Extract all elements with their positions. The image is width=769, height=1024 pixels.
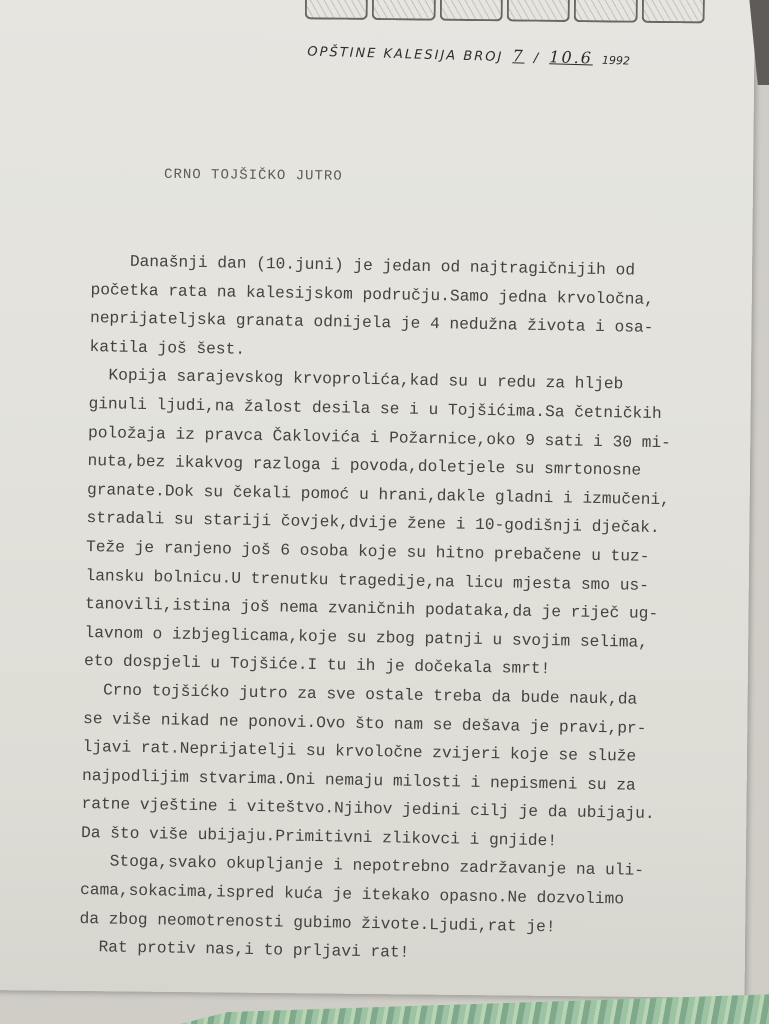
document-title: CRNO TOJŠIČKO JUTRO <box>164 167 343 185</box>
masthead-letter <box>305 0 369 20</box>
reference-date: 10.6 <box>549 47 593 67</box>
masthead-letter <box>641 0 705 23</box>
masthead-letter <box>439 0 503 21</box>
masthead-letter <box>574 0 638 23</box>
map-underneath <box>180 994 769 1024</box>
reference-year: 1992 <box>602 54 630 68</box>
document-body: Današnji dan (10.juni) je jedan od najtr… <box>79 247 731 973</box>
reference-line: OPŠTINE KALESIJA BROJ 7 / 10.6 1992 <box>307 41 630 69</box>
masthead-letter <box>507 0 571 22</box>
document-page: OPŠTINE KALESIJA BROJ 7 / 10.6 1992 CRNO… <box>0 0 755 998</box>
masthead-graphic <box>305 0 705 23</box>
reference-number: 7 <box>512 46 525 65</box>
reference-prefix: OPŠTINE KALESIJA BROJ <box>307 45 503 65</box>
reference-separator: / <box>534 51 541 66</box>
masthead-letter <box>372 0 436 21</box>
